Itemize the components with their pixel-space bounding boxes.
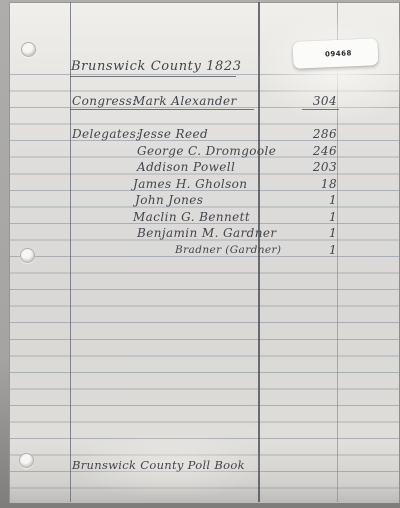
vote-count: 18 xyxy=(295,177,337,191)
candidate-name: John Jones xyxy=(135,193,203,207)
hole-punch-bottom xyxy=(19,453,34,468)
office-label: Congress: xyxy=(72,94,137,108)
vote-count: 286 xyxy=(295,127,337,141)
poll-entry-row: Benjamin M. Gardner 1 xyxy=(0,226,400,240)
congress-underline xyxy=(70,109,254,110)
poll-entry-row: James H. Gholson 18 xyxy=(0,177,400,191)
vote-count: 304 xyxy=(295,94,337,108)
title-underline xyxy=(70,76,236,77)
vote-count: 1 xyxy=(295,226,337,240)
congress-row: Congress: Mark Alexander 304 xyxy=(0,94,400,108)
candidate-name: Addison Powell xyxy=(137,160,235,174)
candidate-name: George C. Dromgoole xyxy=(137,144,276,158)
poll-entry-row: Addison Powell 203 xyxy=(0,160,400,174)
catalog-label-sticker: 09468 xyxy=(292,38,378,69)
vote-count: 1 xyxy=(295,193,337,207)
page-caption: Brunswick County Poll Book xyxy=(72,458,245,472)
candidate-name: Jesse Reed xyxy=(138,127,208,141)
candidate-name: Benjamin M. Gardner xyxy=(137,226,277,240)
page-title: Brunswick County 1823 xyxy=(71,60,242,74)
poll-entry-row: Bradner (Gardner) 1 xyxy=(0,243,400,257)
vote-count: 1 xyxy=(295,243,337,257)
congress-votes-underline xyxy=(302,109,339,110)
vote-count: 1 xyxy=(295,210,337,224)
candidate-name: Maclin G. Bennett xyxy=(133,210,250,224)
poll-entry-row: George C. Dromgoole 246 xyxy=(0,144,400,158)
poll-entry-row: John Jones 1 xyxy=(0,193,400,207)
hole-punch-top xyxy=(21,42,36,57)
delegates-label: Delegates: xyxy=(72,127,141,141)
candidate-name: James H. Gholson xyxy=(133,177,247,191)
poll-entry-row: Delegates: Jesse Reed 286 xyxy=(0,127,400,141)
vote-count: 203 xyxy=(295,160,337,174)
vote-count: 246 xyxy=(295,144,337,158)
scanned-page: 09468 Brunswick County 1823 Congress: Ma… xyxy=(0,0,400,508)
candidate-name: Bradner (Gardner) xyxy=(175,243,281,257)
poll-entry-row: Maclin G. Bennett 1 xyxy=(0,210,400,224)
candidate-name: Mark Alexander xyxy=(133,94,237,108)
catalog-number: 09468 xyxy=(319,49,352,58)
